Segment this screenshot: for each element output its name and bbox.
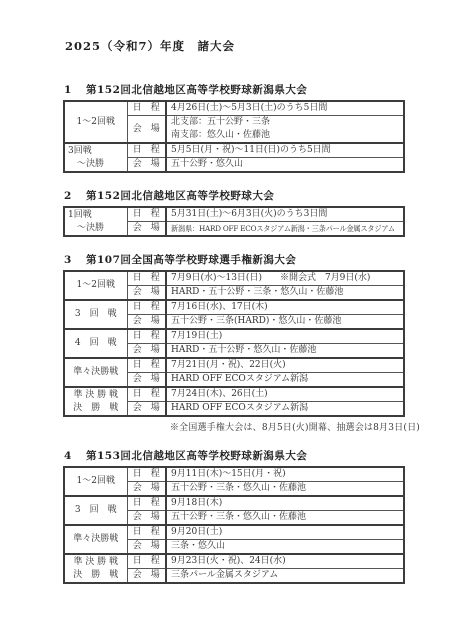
date-label: 日 程 bbox=[127, 207, 166, 222]
table-row: 3 回 戦 日 程 9月18日(木) bbox=[64, 496, 404, 511]
date-label: 日 程 bbox=[127, 358, 166, 373]
venue-value: 新潟県：HARD OFF ECOスタジアム新潟・三条パール金属スタジアム bbox=[166, 222, 404, 237]
date-label: 日 程 bbox=[127, 143, 166, 158]
venue-value: 五十公野・悠久山 bbox=[166, 158, 404, 173]
date-label: 日 程 bbox=[127, 329, 166, 344]
section-number: 4 bbox=[64, 450, 86, 462]
venue-label: 会 場 bbox=[127, 286, 166, 301]
venue-value: HARD・五十公野・三条・悠久山・佐藤池 bbox=[166, 286, 404, 301]
section-number: 3 bbox=[64, 254, 86, 266]
section-title: 第152回北信越地区高等学校野球大会 bbox=[86, 190, 274, 202]
date-value: 7月21日(月・祝)、22日(火) bbox=[166, 358, 404, 373]
section-tournament-4: 4第153回北信越地区高等学校野球新潟県大会 1～2回戦 日 程 9月11日(木… bbox=[63, 448, 452, 584]
venue-label: 会 場 bbox=[127, 540, 166, 555]
table-row: 準 決 勝 戦 決 勝 戦 日 程 7月24日(木)、26日(土) bbox=[64, 387, 404, 402]
venue-value: 三条・悠久山 bbox=[166, 540, 404, 555]
venue-label: 会 場 bbox=[127, 315, 166, 330]
table-row: 1～2回戦 日 程 4月26日(土)～5月3日(土)のうち5日間 bbox=[64, 101, 404, 116]
date-value: 9月11日(木)～15日(月・祝) bbox=[166, 467, 404, 482]
section-tournament-3: 3第107回全国高等学校野球選手権新潟大会 1～2回戦 日 程 7月9日(水)～… bbox=[63, 252, 452, 433]
table-row: 準々決勝戦 日 程 9月20日(土) bbox=[64, 525, 404, 540]
round-label: 準 決 勝 戦 決 勝 戦 bbox=[64, 387, 127, 416]
round-label: 1～2回戦 bbox=[64, 271, 127, 300]
round-label: 1回戦 ～決勝 bbox=[64, 207, 127, 236]
section-title: 第152回北信越地区高等学校野球新潟県大会 bbox=[86, 84, 307, 96]
round-label: 3 回 戦 bbox=[64, 300, 127, 329]
table-row: 準 決 勝 戦 決 勝 戦 日 程 9月23日(火・祝)、24日(水) bbox=[64, 554, 404, 569]
section-title: 第153回北信越地区高等学校野球新潟県大会 bbox=[86, 450, 307, 462]
section-number: 2 bbox=[64, 190, 86, 202]
venue-label: 会 場 bbox=[127, 116, 166, 144]
schedule-table: 1回戦 ～決勝 日 程 5月31日(土)～6月3日(火)のうち3日間 会 場 新… bbox=[63, 206, 405, 237]
section-heading: 4第153回北信越地区高等学校野球新潟県大会 bbox=[64, 448, 452, 463]
date-label: 日 程 bbox=[127, 271, 166, 286]
date-value: 9月23日(火・祝)、24日(水) bbox=[166, 554, 404, 569]
date-value: 7月19日(土) bbox=[166, 329, 404, 344]
venue-value: 北支部：五十公野・三条 南支部：悠久山・佐藤池 bbox=[166, 116, 404, 144]
venue-label: 会 場 bbox=[127, 158, 166, 173]
venue-value: HARD OFF ECOスタジアム新潟 bbox=[166, 373, 404, 388]
venue-label: 会 場 bbox=[127, 222, 166, 237]
date-value: 7月9日(水)～13日(日) ※開会式 7月9日(水) bbox=[166, 271, 404, 286]
date-value: 7月24日(木)、26日(土) bbox=[166, 387, 404, 402]
round-label: 1～2回戦 bbox=[64, 467, 127, 496]
schedule-table: 1～2回戦 日 程 9月11日(木)～15日(月・祝) 会 場 五十公野・三条・… bbox=[63, 466, 405, 584]
table-row: 3 回 戦 日 程 7月16日(水)、17日(木) bbox=[64, 300, 404, 315]
venue-value: 三条パール金属スタジアム bbox=[166, 569, 404, 584]
round-label: 3 回 戦 bbox=[64, 496, 127, 525]
date-value: 5月5日(月・祝)～11日(日)のうち5日間 bbox=[166, 143, 404, 158]
date-value: 9月18日(木) bbox=[166, 496, 404, 511]
round-label: 1～2回戦 bbox=[64, 101, 127, 143]
round-label: 準 決 勝 戦 決 勝 戦 bbox=[64, 554, 127, 583]
venue-value: 五十公野・三条・悠久山・佐藤池 bbox=[166, 511, 404, 526]
date-value: 5月31日(土)～6月3日(火)のうち3日間 bbox=[166, 207, 404, 222]
venue-value: 五十公野・三条・悠久山・佐藤池 bbox=[166, 482, 404, 497]
venue-label: 会 場 bbox=[127, 402, 166, 417]
venue-value: 五十公野・三条(HARD)・悠久山・佐藤池 bbox=[166, 315, 404, 330]
section-heading: 3第107回全国高等学校野球選手権新潟大会 bbox=[64, 252, 452, 267]
date-label: 日 程 bbox=[127, 496, 166, 511]
section-tournament-2: 2第152回北信越地区高等学校野球大会 1回戦 ～決勝 日 程 5月31日(土)… bbox=[63, 188, 452, 237]
schedule-table: 1～2回戦 日 程 4月26日(土)～5月3日(土)のうち5日間 会 場 北支部… bbox=[63, 100, 405, 173]
round-label: 準々決勝戦 bbox=[64, 358, 127, 387]
table-row: 準々決勝戦 日 程 7月21日(月・祝)、22日(火) bbox=[64, 358, 404, 373]
table-row: 4 回 戦 日 程 7月19日(土) bbox=[64, 329, 404, 344]
championship-note: ※全国選手権大会は、8月5日(火)開幕、抽選会は8月3日(日) bbox=[63, 420, 420, 433]
date-label: 日 程 bbox=[127, 387, 166, 402]
page-content: 2025（令和7）年度 諸大会 1第152回北信越地区高等学校野球新潟県大会 1… bbox=[0, 0, 452, 584]
venue-label: 会 場 bbox=[127, 344, 166, 359]
venue-value: HARD・五十公野・悠久山・佐藤池 bbox=[166, 344, 404, 359]
section-number: 1 bbox=[64, 84, 86, 96]
venue-value: HARD OFF ECOスタジアム新潟 bbox=[166, 402, 404, 417]
date-label: 日 程 bbox=[127, 467, 166, 482]
date-label: 日 程 bbox=[127, 101, 166, 116]
section-tournament-1: 1第152回北信越地区高等学校野球新潟県大会 1～2回戦 日 程 4月26日(土… bbox=[63, 82, 452, 173]
venue-label: 会 場 bbox=[127, 569, 166, 584]
venue-label: 会 場 bbox=[127, 482, 166, 497]
section-title: 第107回全国高等学校野球選手権新潟大会 bbox=[86, 254, 296, 266]
date-value: 7月16日(水)、17日(木) bbox=[166, 300, 404, 315]
document-title: 2025（令和7）年度 諸大会 bbox=[65, 38, 452, 54]
schedule-table: 1～2回戦 日 程 7月9日(水)～13日(日) ※開会式 7月9日(水) 会 … bbox=[63, 270, 405, 417]
section-heading: 1第152回北信越地区高等学校野球新潟県大会 bbox=[64, 82, 452, 97]
document-page: 2025（令和7）年度 諸大会 1第152回北信越地区高等学校野球新潟県大会 1… bbox=[0, 0, 452, 640]
table-row: 1回戦 ～決勝 日 程 5月31日(土)～6月3日(火)のうち3日間 bbox=[64, 207, 404, 222]
date-value: 4月26日(土)～5月3日(土)のうち5日間 bbox=[166, 101, 404, 116]
date-label: 日 程 bbox=[127, 525, 166, 540]
round-label: 4 回 戦 bbox=[64, 329, 127, 358]
venue-label: 会 場 bbox=[127, 373, 166, 388]
table-row: 1～2回戦 日 程 9月11日(木)～15日(月・祝) bbox=[64, 467, 404, 482]
table-row: 1～2回戦 日 程 7月9日(水)～13日(日) ※開会式 7月9日(水) bbox=[64, 271, 404, 286]
table-row: 3回戦 ～決勝 日 程 5月5日(月・祝)～11日(日)のうち5日間 bbox=[64, 143, 404, 158]
round-label: 準々決勝戦 bbox=[64, 525, 127, 554]
venue-label: 会 場 bbox=[127, 511, 166, 526]
date-value: 9月20日(土) bbox=[166, 525, 404, 540]
date-label: 日 程 bbox=[127, 300, 166, 315]
section-heading: 2第152回北信越地区高等学校野球大会 bbox=[64, 188, 452, 203]
round-label: 3回戦 ～決勝 bbox=[64, 143, 127, 172]
date-label: 日 程 bbox=[127, 554, 166, 569]
